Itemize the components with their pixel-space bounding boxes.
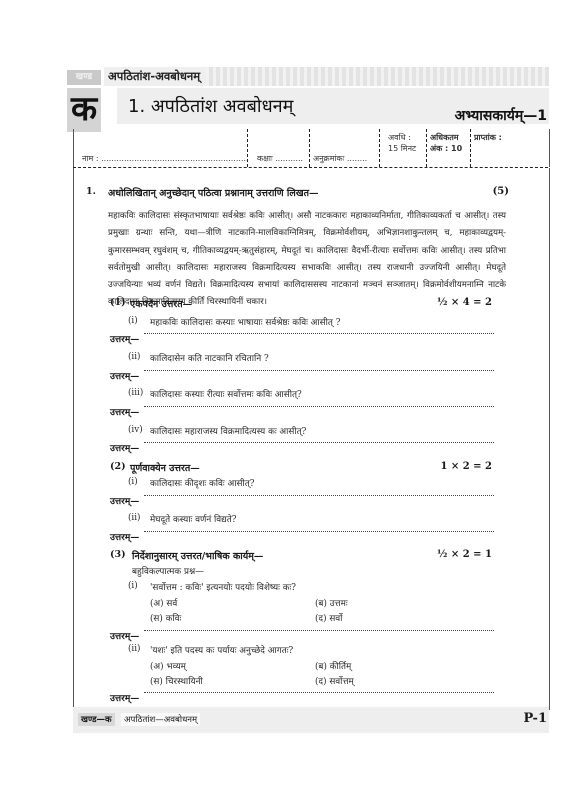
q3-i-text: 'सर्वोत्तम : कविः' इत्यनयोः पदयोः विशेष्… [150,581,296,593]
q1-i-text: महाकविः कालिदासः कस्याः भाषायाः सर्वश्रे… [150,316,340,328]
question-instruction: अधोलिखितान् अनुच्छेदान् पठित्वा प्रश्नान… [108,186,319,199]
student-info-row: नाम : ..................................… [73,129,550,167]
answer-label: उत्तरम्— [110,332,139,345]
answer-label: उत्तरम्— [110,494,139,507]
option-b[interactable]: (ब) उत्तमः [315,597,348,609]
page-number: P-1 [523,711,547,726]
q1-iv-num: (iv) [128,425,143,435]
answer-line[interactable] [144,406,494,407]
section-letter-box: क [67,88,101,132]
khanda-tag: खण्ड [67,70,101,85]
section-3-title: निर्देशानुसारम् उत्तरत/भाषिक कार्यम्— [132,549,263,562]
section-1-marks: ½ × 4 = 2 [437,297,492,308]
section-2-marks: 1 × 2 = 2 [440,461,492,472]
answer-line[interactable] [144,630,494,631]
option-a[interactable]: (अ) भव्यम् [150,660,186,672]
question-number: 1. [86,186,96,197]
q2-ii-text: मेघदूते कस्याः वर्णनं विद्यते? [150,513,236,525]
option-b[interactable]: (ब) कीर्तिम् [315,660,351,672]
divider [309,129,310,167]
section-1-title: एकपदेन उत्तरत— [130,297,192,310]
divider [470,129,471,167]
q1-iii-num: (iii) [128,388,143,398]
q1-ii-num: (ii) [128,352,141,362]
answer-label: उत्तरम्— [110,441,139,454]
question-marks: (5) [493,186,509,197]
section-2-title: पूर्णवाक्येन उत्तरत— [130,461,200,474]
answer-label: उत्तरम्— [110,629,139,642]
option-c[interactable]: (स) कविः [150,612,181,624]
option-d[interactable]: (द) सर्वो [315,612,342,624]
answer-label: उत्तरम्— [110,691,139,704]
answer-line[interactable] [144,692,494,693]
q3-i-num: (i) [128,581,138,591]
q1-iv-text: कालिदासः महाराजस्य विक्रमादित्यस्य कः आस… [150,425,306,437]
q2-ii-num: (ii) [128,513,141,523]
section-3-subtitle: बहुविकल्पात्मक प्रश्न— [132,565,204,577]
section-strip-title: अपठितांश-अवबोधनम् [104,67,206,86]
answer-label: उत्तरम्— [110,405,139,418]
exercise-title: अभ्यासकार्यम्—1 [455,106,547,125]
divider [379,129,380,167]
option-c[interactable]: (स) चिरस्थायिनी [150,675,203,687]
chapter-title: 1. अपठितांश अवबोधनम् [128,94,293,118]
section-1-number: (1) [110,297,126,308]
section-3-number: (3) [110,549,126,560]
answer-line[interactable] [144,442,494,443]
footer-section-tag: खण्ड—क [78,713,115,726]
answer-line[interactable] [144,531,494,532]
answer-line[interactable] [144,370,494,371]
option-d[interactable]: (द) सर्वोत्तम् [315,675,354,687]
obtained-marks-field[interactable]: प्राप्तांक : [474,132,502,170]
option-a[interactable]: (अ) सर्व [150,597,177,609]
q2-i-text: कालिदासः कीदृशः कविः आसीत्? [150,477,254,489]
answer-label: उत्तरम्— [110,530,139,543]
q1-iii-text: कालिदासः कस्याः रीत्याः सर्वोत्तमः कविः … [150,388,302,400]
answer-label: उत्तरम्— [110,369,139,382]
answer-line[interactable] [144,333,494,334]
divider [426,129,427,167]
q1-ii-text: कालिदासेन कति नाटकानि रचितानि ? [150,352,269,364]
divider [247,129,248,167]
answer-line[interactable] [144,495,494,496]
q1-i-num: (i) [128,316,138,326]
q3-ii-text: 'यशः' इति पदस्य कः पर्यायः अनुच्छेदे आगत… [150,644,293,656]
section-3-marks: ½ × 2 = 1 [437,549,492,560]
section-2-number: (2) [110,461,126,472]
q3-ii-num: (ii) [128,644,141,654]
q2-i-num: (i) [128,477,138,487]
footer-section-name: अपठितांश—अवबोधनम् [121,713,200,726]
